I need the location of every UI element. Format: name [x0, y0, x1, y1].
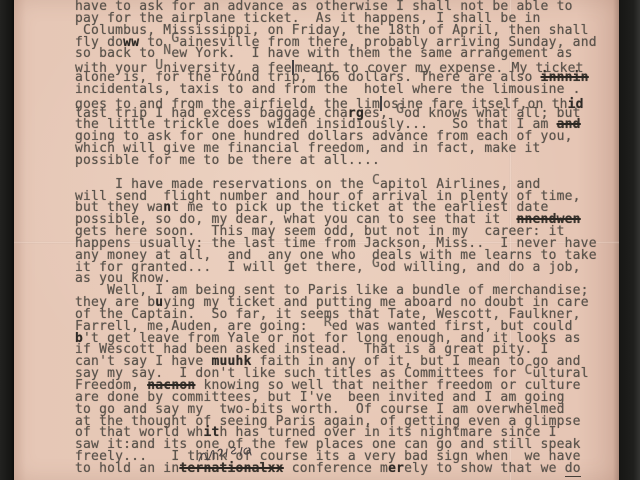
letter-page: have to ask for an advance as otherwise …: [14, 0, 619, 480]
letter-body: have to ask for an advance as otherwise …: [75, 1, 613, 475]
letter-line: incidentals, taxis to and from the hotel…: [75, 84, 613, 96]
photo-left-black-border: [0, 0, 14, 480]
letter-line: possible for me to be there at all....: [75, 155, 613, 167]
photo-right-black-border: [619, 0, 640, 480]
letter-line: to hold an internationalxx conference me…: [75, 463, 613, 475]
photo-background: have to ask for an advance as otherwise …: [0, 0, 640, 480]
